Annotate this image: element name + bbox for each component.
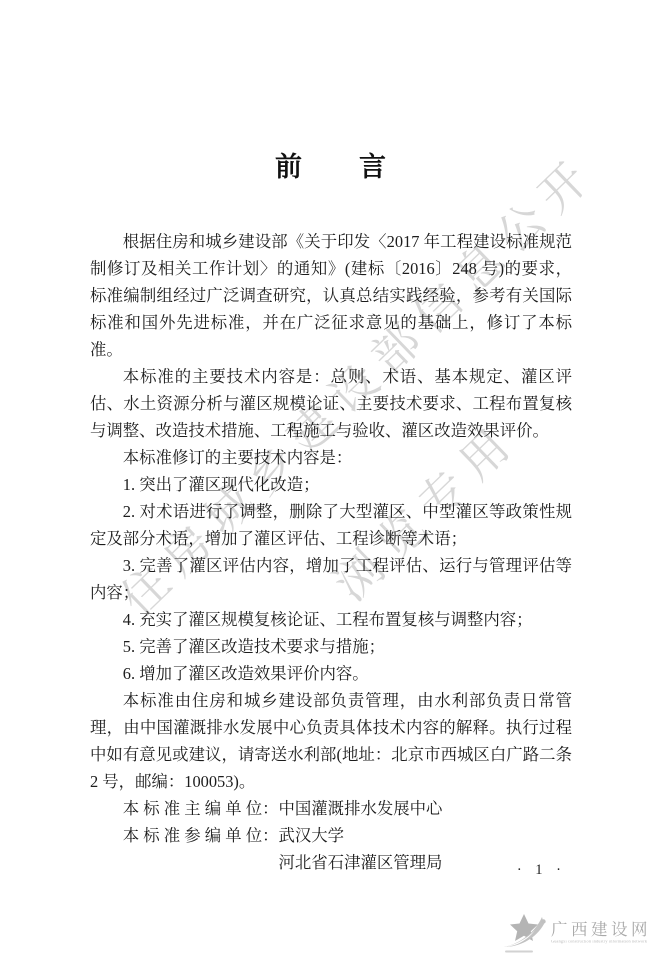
participant-editor-value: 武汉大学 bbox=[279, 822, 572, 849]
foreword-paragraph-contents: 本标准的主要技术内容是：总则、术语、基本规定、灌区评估、水土资源分析与灌区规模论… bbox=[90, 363, 572, 444]
revision-item-5: 5. 完善了灌区改造技术要求与措施； bbox=[90, 633, 572, 660]
foreword-body: 前 言 根据住房和城乡建设部《关于印发〈2017 年工程建设标准规范制修订及相关… bbox=[90, 152, 572, 876]
star-logo-icon bbox=[497, 911, 547, 955]
revision-item-2: 2. 对术语进行了调整，删除了大型灌区、中型灌区等政策性规定及部分术语，增加了灌… bbox=[90, 498, 572, 552]
foreword-paragraph-management: 本标准由住房和城乡建设部负责管理，由水利部负责日常管理，由中国灌溉排水发展中心负… bbox=[90, 687, 572, 795]
chief-editor-row: 本 标 准 主 编 单 位： 中国灌溉排水发展中心 bbox=[90, 795, 572, 822]
document-page: 住房城乡建设部信息公开 浏览专用 前 言 根据住房和城乡建设部《关于印发〈201… bbox=[0, 0, 661, 958]
revision-item-3: 3. 完善了灌区评估内容，增加了工程评估、运行与管理评估等内容； bbox=[90, 552, 572, 606]
page-number: · 1 · bbox=[90, 862, 572, 879]
chief-editor-label: 本 标 准 主 编 单 位： bbox=[123, 795, 279, 822]
participant-editor-label: 本 标 准 参 编 单 位： bbox=[123, 822, 279, 849]
chief-editor-value: 中国灌溉排水发展中心 bbox=[279, 795, 572, 822]
gxcic-logo: 广西建设网 Guangxi construction industry info… bbox=[497, 910, 657, 956]
revision-item-1: 1. 突出了灌区现代化改造； bbox=[90, 471, 572, 498]
foreword-paragraph-revisions-intro: 本标准修订的主要技术内容是： bbox=[90, 444, 572, 471]
foreword-paragraph-basis: 根据住房和城乡建设部《关于印发〈2017 年工程建设标准规范制修订及相关工作计划… bbox=[90, 228, 572, 363]
logo-tagline: Guangxi construction industry informatio… bbox=[551, 940, 647, 945]
revision-item-6: 6. 增加了灌区改造效果评价内容。 bbox=[90, 660, 572, 687]
logo-name: 广西建设网 bbox=[551, 921, 661, 939]
page-title: 前 言 bbox=[90, 152, 572, 182]
revision-item-4: 4. 充实了灌区规模复核论证、工程布置复核与调整内容； bbox=[90, 606, 572, 633]
